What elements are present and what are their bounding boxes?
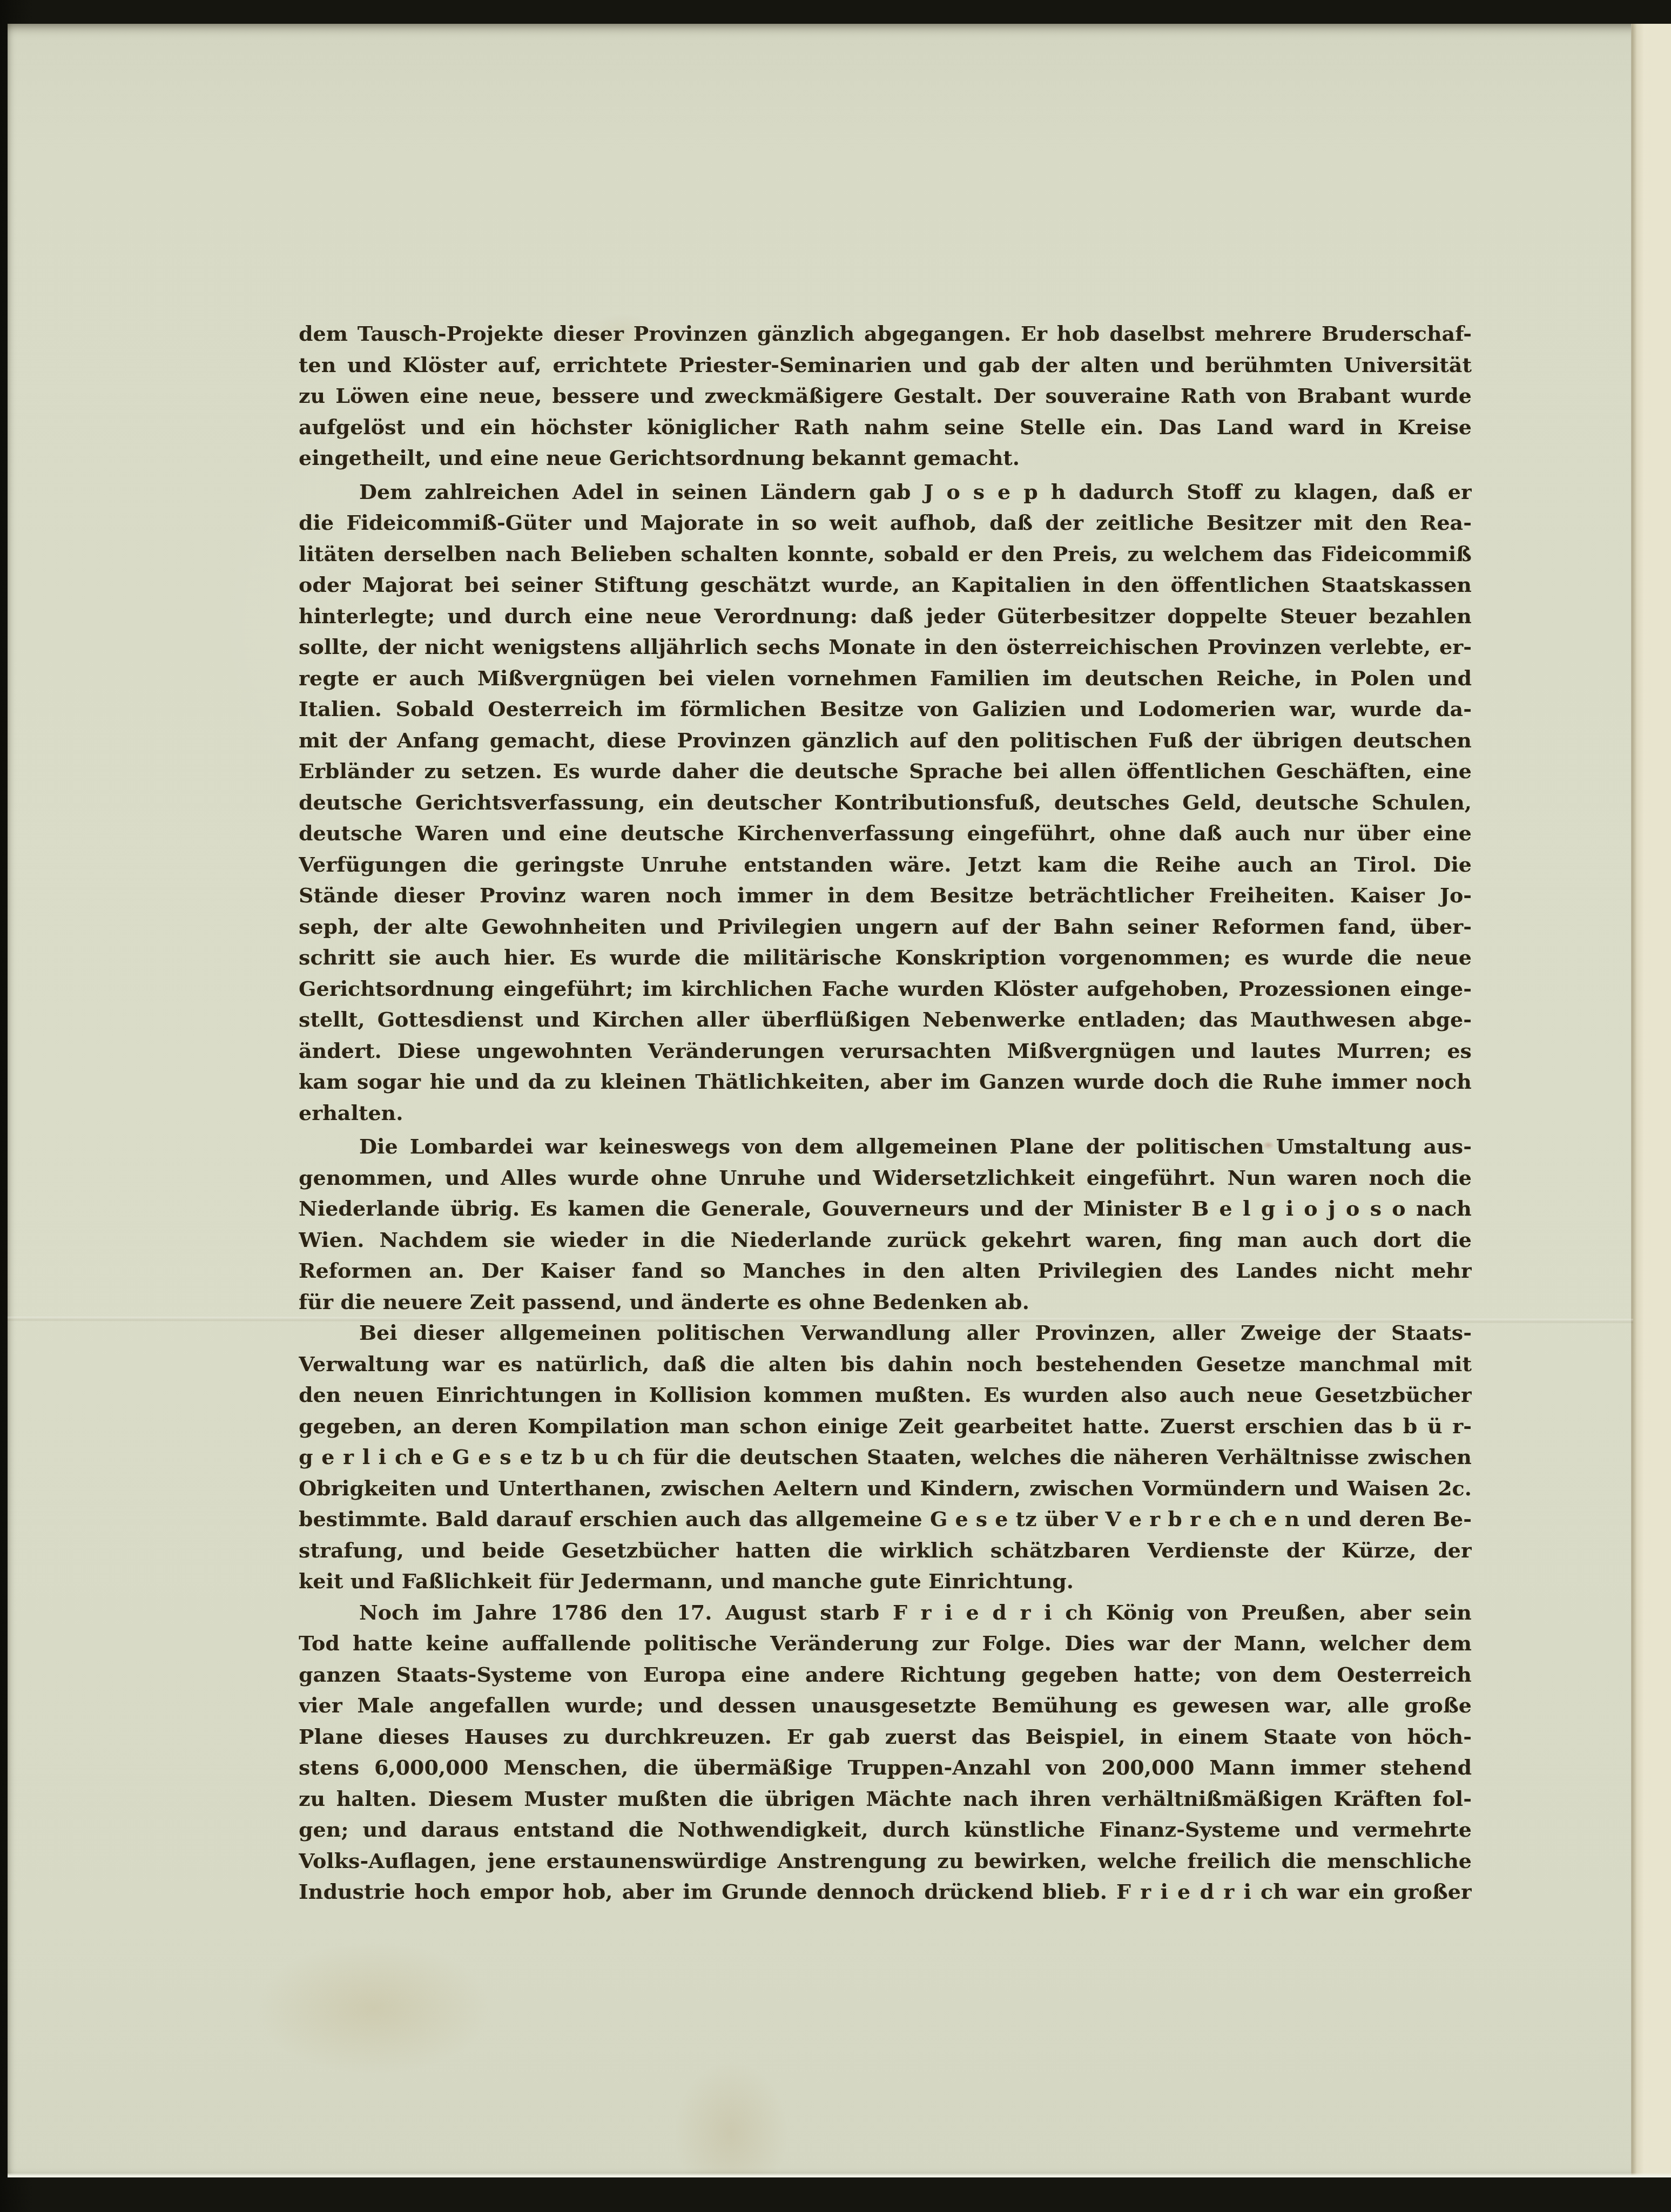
text-line: ändert. Diese ungewohnten Veränderungen … [299,1035,1472,1067]
text-line: Erbländer zu setzen. Es wurde daher die … [299,756,1472,787]
text-line: Stände dieser Provinz waren noch immer i… [299,880,1472,911]
text-line: Niederlande übrig. Es kamen die Generale… [299,1193,1472,1224]
text-line: Reformen an. Der Kaiser fand so Manches … [299,1255,1472,1286]
paragraph: Die Lombardei war keineswegs von dem all… [299,1131,1472,1317]
text-line: Volks-Auflagen, jene erstaunenswürdige A… [299,1845,1472,1877]
paragraph: dem Tausch-Projekte dieser Provinzen gän… [299,318,1472,474]
text-line: Obrigkeiten und Unterthanen, zwischen Ae… [299,1473,1472,1504]
text-line: regte er auch Mißvergnügen bei vielen vo… [299,663,1472,694]
text-line: gegeben, an deren Kompilation man schon … [299,1411,1472,1442]
text-line: Bei dieser allgemeinen politischen Verwa… [299,1317,1472,1348]
text-line: ten und Klöster auf, errichtete Priester… [299,349,1472,381]
text-line: ganzen Staats-Systeme von Europa eine an… [299,1659,1472,1690]
text-line: bestimmte. Bald darauf erschien auch das… [299,1503,1472,1535]
text-line: stens 6,000,000 Menschen, die übermäßige… [299,1752,1472,1783]
text-line: deutsche Gerichtsverfassung, ein deutsch… [299,787,1472,818]
text-line: Verwaltung war es natürlich, daß die alt… [299,1348,1472,1380]
text-line: Wien. Nachdem sie wieder in die Niederla… [299,1224,1472,1256]
page-text-block: dem Tausch-Projekte dieser Provinzen gän… [299,318,1472,1907]
text-line: kam sogar hie und da zu kleinen Thätlich… [299,1066,1472,1097]
text-line: Die Lombardei war keineswegs von dem all… [299,1131,1472,1162]
page-edge-fold [1631,24,1671,2176]
scanned-page-photo: dem Tausch-Projekte dieser Provinzen gän… [0,0,1671,2212]
text-line: strafung, und beide Gesetzbücher hatten … [299,1535,1472,1566]
text-line: sollte, der nicht wenigstens alljährlich… [299,631,1472,663]
book-page: dem Tausch-Projekte dieser Provinzen gän… [8,24,1671,2176]
text-line: deutsche Waren und eine deutsche Kirchen… [299,818,1472,849]
text-line: Plane dieses Hauses zu durchkreuzen. Er … [299,1721,1472,1752]
text-line: stellt, Gottesdienst und Kirchen aller ü… [299,1004,1472,1035]
text-line: genommen, und Alles wurde ohne Unruhe un… [299,1162,1472,1193]
text-line: Italien. Sobald Oesterreich im förmliche… [299,693,1472,725]
paragraph: Dem zahlreichen Adel in seinen Ländern g… [299,476,1472,1129]
text-line: aufgelöst und ein höchster königlicher R… [299,412,1472,443]
text-line: litäten derselben nach Belieben schalten… [299,538,1472,570]
text-line: gen; und daraus entstand die Nothwendigk… [299,1814,1472,1845]
paragraph: Noch im Jahre 1786 den 17. August starb … [299,1597,1472,1907]
text-line: Noch im Jahre 1786 den 17. August starb … [299,1597,1472,1628]
paragraph: Bei dieser allgemeinen politischen Verwa… [299,1317,1472,1597]
text-line: Verfügungen die geringste Unruhe entstan… [299,849,1472,880]
text-line: g e r l i ch e G e s e tz b u ch für die… [299,1441,1472,1473]
text-line: dem Tausch-Projekte dieser Provinzen gän… [299,318,1472,349]
text-line: Dem zahlreichen Adel in seinen Ländern g… [299,476,1472,508]
text-line: Tod hatte keine auffallende politische V… [299,1628,1472,1659]
text-line: vier Male angefallen wurde; und dessen u… [299,1690,1472,1721]
text-line: hinterlegte; und durch eine neue Verordn… [299,601,1472,632]
text-line: zu halten. Diesem Muster mußten die übri… [299,1783,1472,1815]
text-line: erhalten. [299,1097,1472,1129]
text-line: Gerichtsordnung eingeführt; im kirchlich… [299,973,1472,1004]
text-line: schritt sie auch hier. Es wurde die mili… [299,942,1472,973]
deckle-edge [8,2173,1671,2177]
text-line: mit der Anfang gemacht, diese Provinzen … [299,725,1472,756]
text-line: zu Löwen eine neue, bessere und zweckmäß… [299,380,1472,412]
text-line: den neuen Einrichtungen in Kollision kom… [299,1379,1472,1411]
text-line: Industrie hoch empor hob, aber im Grunde… [299,1876,1472,1907]
text-line: die Fideicommiß-Güter und Majorate in so… [299,507,1472,538]
text-line: keit und Faßlichkeit für Jedermann, und … [299,1566,1472,1597]
text-line: eingetheilt, und eine neue Gerichtsordnu… [299,442,1472,474]
text-line: seph, der alte Gewohnheiten und Privileg… [299,911,1472,942]
text-line: oder Majorat bei seiner Stiftung geschät… [299,569,1472,601]
text-line: für die neuere Zeit passend, und änderte… [299,1286,1472,1318]
